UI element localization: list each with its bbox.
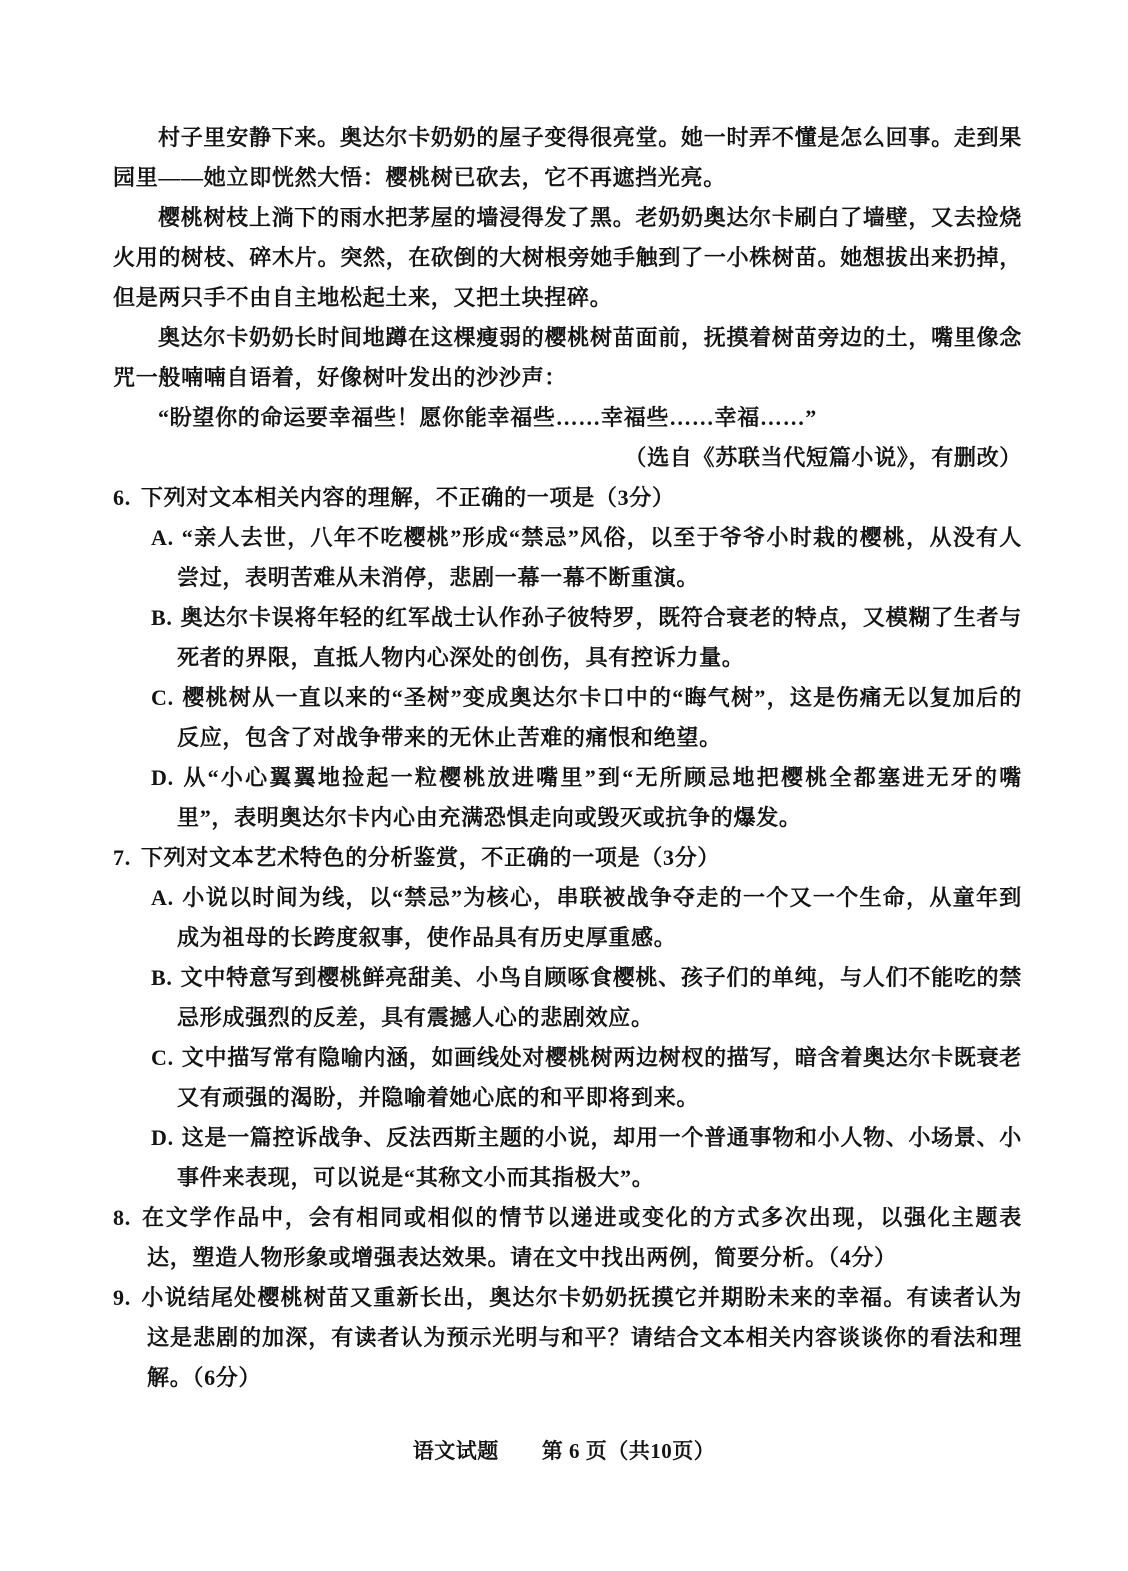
question-7-option-b: B.文中特意写到樱桃鲜亮甜美、小鸟自顾啄食樱桃、孩子们的单纯，与人们不能吃的禁忌… (113, 958, 1022, 1038)
option-label-c: C. (151, 685, 174, 710)
option-text-b: 奥达尔卡误将年轻的红军战士认作孙子彼特罗，既符合衰老的特点，又模糊了生者与死者的… (177, 605, 1022, 670)
option-label-d: D. (151, 1125, 174, 1150)
passage-source-attribution: （选自《苏联当代短篇小说》，有删改） (113, 438, 1022, 478)
question-7: 7.下列对文本艺术特色的分析鉴赏，不正确的一项是（3分） A.小说以时间为线，以… (113, 838, 1022, 1198)
option-text-b: 文中特意写到樱桃鲜亮甜美、小鸟自顾啄食樱桃、孩子们的单纯，与人们不能吃的禁忌形成… (177, 965, 1022, 1030)
question-6-option-a: A.“亲人去世，八年不吃樱桃”形成“禁忌”风俗，以至于爷爷小时栽的樱桃，从没有人… (113, 518, 1022, 598)
question-7-option-a: A.小说以时间为线，以“禁忌”为核心，串联被战争夺走的一个又一个生命，从童年到成… (113, 878, 1022, 958)
option-text-d: 从“小心翼翼地捡起一粒樱桃放进嘴里”到“无所顾忌地把樱桃全都塞进无牙的嘴里”，表… (177, 765, 1022, 830)
option-text-c: 樱桃树从一直以来的“圣树”变成奥达尔卡口中的“晦气树”，这是伤痛无以复加后的反应… (177, 685, 1022, 750)
question-7-stem-text: 下列对文本艺术特色的分析鉴赏，不正确的一项是（3分） (141, 845, 720, 870)
question-8-stem: 8.在文学作品中，会有相同或相似的情节以递进或变化的方式多次出现，以强化主题表达… (113, 1198, 1022, 1278)
question-9-number: 9. (113, 1285, 131, 1310)
option-text-c: 文中描写常有隐喻内涵，如画线处对樱桃树两边树杈的描写，暗含着奥达尔卡既衰老又有顽… (177, 1045, 1022, 1110)
question-7-stem: 7.下列对文本艺术特色的分析鉴赏，不正确的一项是（3分） (113, 838, 1022, 878)
option-label-d: D. (151, 765, 174, 790)
question-6-number: 6. (113, 485, 131, 510)
question-7-option-d: D.这是一篇控诉战争、反法西斯主题的小说，却用一个普通事物和小人物、小场景、小事… (113, 1118, 1022, 1198)
question-6-option-c: C.樱桃树从一直以来的“圣树”变成奥达尔卡口中的“晦气树”，这是伤痛无以复加后的… (113, 678, 1022, 758)
page-footer: 语文试题 第 6 页（共10页） (0, 1438, 1128, 1464)
passage-paragraph-1: 村子里安静下来。奥达尔卡奶奶的屋子变得很亮堂。她一时弄不懂是怎么回事。走到果园里… (113, 118, 1022, 198)
reading-passage: 村子里安静下来。奥达尔卡奶奶的屋子变得很亮堂。她一时弄不懂是怎么回事。走到果园里… (113, 118, 1022, 478)
option-text-a: “亲人去世，八年不吃樱桃”形成“禁忌”风俗，以至于爷爷小时栽的樱桃，从没有人尝过… (177, 525, 1022, 590)
question-9-stem: 9.小说结尾处樱桃树苗又重新长出，奥达尔卡奶奶抚摸它并期盼未来的幸福。有读者认为… (113, 1278, 1022, 1398)
question-6: 6.下列对文本相关内容的理解，不正确的一项是（3分） A.“亲人去世，八年不吃樱… (113, 478, 1022, 838)
question-6-option-d: D.从“小心翼翼地捡起一粒樱桃放进嘴里”到“无所顾忌地把樱桃全都塞进无牙的嘴里”… (113, 758, 1022, 838)
question-6-stem-text: 下列对文本相关内容的理解，不正确的一项是（3分） (141, 485, 675, 510)
exam-page: 村子里安静下来。奥达尔卡奶奶的屋子变得很亮堂。她一时弄不懂是怎么回事。走到果园里… (0, 0, 1128, 1571)
option-text-a: 小说以时间为线，以“禁忌”为核心，串联被战争夺走的一个又一个生命，从童年到成为祖… (177, 885, 1022, 950)
question-8: 8.在文学作品中，会有相同或相似的情节以递进或变化的方式多次出现，以强化主题表达… (113, 1198, 1022, 1278)
questions-section: 6.下列对文本相关内容的理解，不正确的一项是（3分） A.“亲人去世，八年不吃樱… (113, 478, 1022, 1398)
question-8-number: 8. (113, 1205, 131, 1230)
question-9-stem-text: 小说结尾处樱桃树苗又重新长出，奥达尔卡奶奶抚摸它并期盼未来的幸福。有读者认为这是… (141, 1285, 1022, 1390)
option-label-a: A. (151, 885, 174, 910)
option-label-c: C. (151, 1045, 174, 1070)
option-text-d: 这是一篇控诉战争、反法西斯主题的小说，却用一个普通事物和小人物、小场景、小事件来… (177, 1125, 1022, 1190)
passage-quote: “盼望你的命运要幸福些！愿你能幸福些……幸福些……幸福……” (113, 398, 1022, 438)
passage-paragraph-3: 奥达尔卡奶奶长时间地蹲在这棵瘦弱的樱桃树苗面前，抚摸着树苗旁边的土，嘴里像念咒一… (113, 318, 1022, 398)
passage-paragraph-2: 樱桃树枝上淌下的雨水把茅屋的墙浸得发了黑。老奶奶奥达尔卡刷白了墙壁，又去捡烧火用… (113, 198, 1022, 318)
question-6-option-b: B.奥达尔卡误将年轻的红军战士认作孙子彼特罗，既符合衰老的特点，又模糊了生者与死… (113, 598, 1022, 678)
option-label-b: B. (151, 605, 173, 630)
question-7-option-c: C.文中描写常有隐喻内涵，如画线处对樱桃树两边树杈的描写，暗含着奥达尔卡既衰老又… (113, 1038, 1022, 1118)
option-label-a: A. (151, 525, 174, 550)
question-9: 9.小说结尾处樱桃树苗又重新长出，奥达尔卡奶奶抚摸它并期盼未来的幸福。有读者认为… (113, 1278, 1022, 1398)
question-7-number: 7. (113, 845, 131, 870)
option-label-b: B. (151, 965, 173, 990)
question-8-stem-text: 在文学作品中，会有相同或相似的情节以递进或变化的方式多次出现，以强化主题表达，塑… (141, 1205, 1022, 1270)
question-6-stem: 6.下列对文本相关内容的理解，不正确的一项是（3分） (113, 478, 1022, 518)
